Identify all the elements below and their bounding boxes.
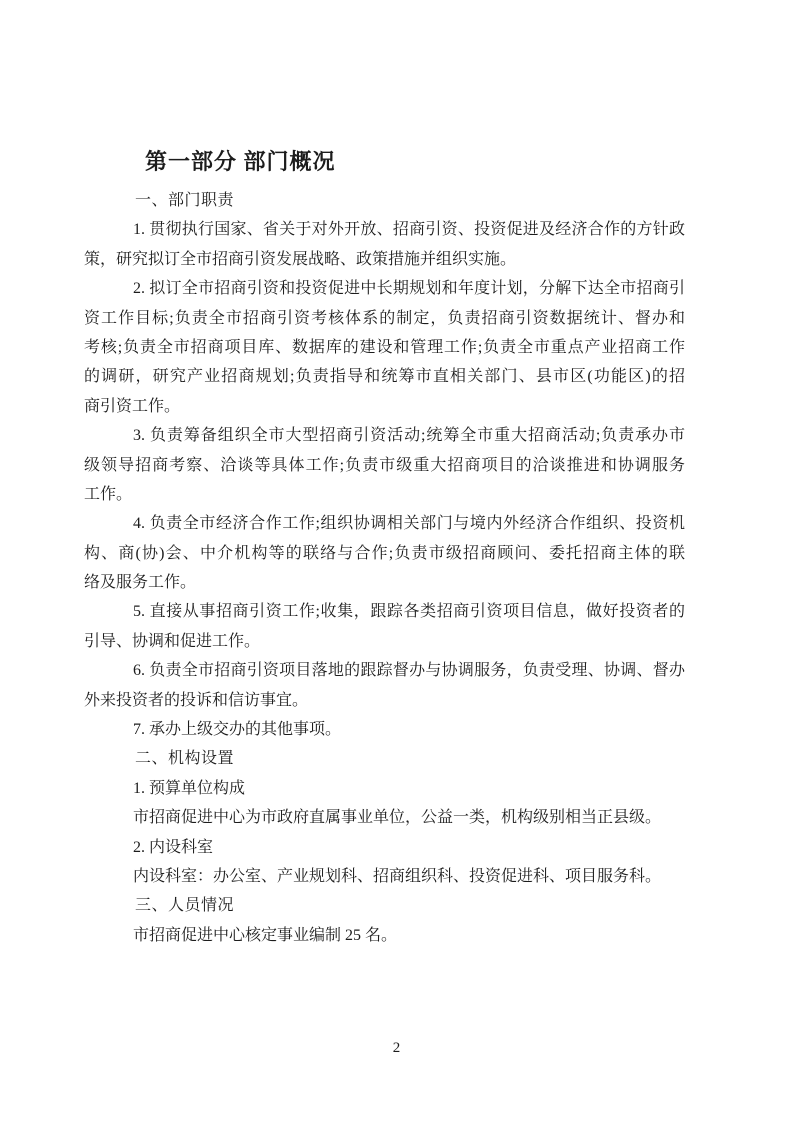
document-page: 第一部分 部门概况 一、部门职责1. 贯彻执行国家、省关于对外开放、招商引资、投… [0,0,793,1122]
text-line: 内设科室：办公室、产业规划科、招商组织科、投资促进科、项目服务科。 [84,862,685,891]
section-heading: 二、机构设置 [84,744,685,773]
document-content: 第一部分 部门概况 一、部门职责1. 贯彻执行国家、省关于对外开放、招商引资、投… [84,148,685,950]
text-line: 引导、协调和促进工作。 [84,627,685,656]
text-line: 构、商(协)会、中介机构等的联络与合作;负责市级招商顾问、委托招商主体的联 [84,539,685,568]
page-title: 第一部分 部门概况 [145,148,685,176]
section-heading: 三、人员情况 [84,891,685,920]
text-line: 工作。 [84,480,685,509]
text-line: 6. 负责全市招商引资项目落地的跟踪督办与协调服务，负责受理、协调、督办 [84,656,685,685]
text-line: 市招商促进中心为市政府直属事业单位，公益一类，机构级别相当正县级。 [84,803,685,832]
text-line: 2. 内设科室 [84,833,685,862]
text-line: 3. 负责筹备组织全市大型招商引资活动;统筹全市重大招商活动;负责承办市 [84,421,685,450]
text-line: 商引资工作。 [84,392,685,421]
document-body: 一、部门职责1. 贯彻执行国家、省关于对外开放、招商引资、投资促进及经济合作的方… [84,186,685,950]
text-line: 市招商促进中心核定事业编制 25 名。 [84,921,685,950]
page-number: 2 [0,1038,793,1058]
section-heading: 一、部门职责 [84,186,685,215]
text-line: 策，研究拟订全市招商引资发展战略、政策措施并组织实施。 [84,245,685,274]
text-line: 4. 负责全市经济合作工作;组织协调相关部门与境内外经济合作组织、投资机 [84,509,685,538]
text-line: 外来投资者的投诉和信访事宜。 [84,686,685,715]
text-line: 5. 直接从事招商引资工作;收集，跟踪各类招商引资项目信息，做好投资者的 [84,597,685,626]
text-line: 资工作目标;负责全市招商引资考核体系的制定，负责招商引资数据统计、督办和 [84,304,685,333]
text-line: 的调研，研究产业招商规划;负责指导和统筹市直相关部门、县市区(功能区)的招 [84,362,685,391]
text-line: 考核;负责全市招商项目库、数据库的建设和管理工作;负责全市重点产业招商工作 [84,333,685,362]
text-line: 络及服务工作。 [84,568,685,597]
text-line: 级领导招商考察、洽谈等具体工作;负责市级重大招商项目的洽谈推进和协调服务 [84,451,685,480]
text-line: 2. 拟订全市招商引资和投资促进中长期规划和年度计划，分解下达全市招商引 [84,274,685,303]
text-line: 1. 贯彻执行国家、省关于对外开放、招商引资、投资促进及经济合作的方针政 [84,215,685,244]
text-line: 1. 预算单位构成 [84,774,685,803]
text-line: 7. 承办上级交办的其他事项。 [84,715,685,744]
